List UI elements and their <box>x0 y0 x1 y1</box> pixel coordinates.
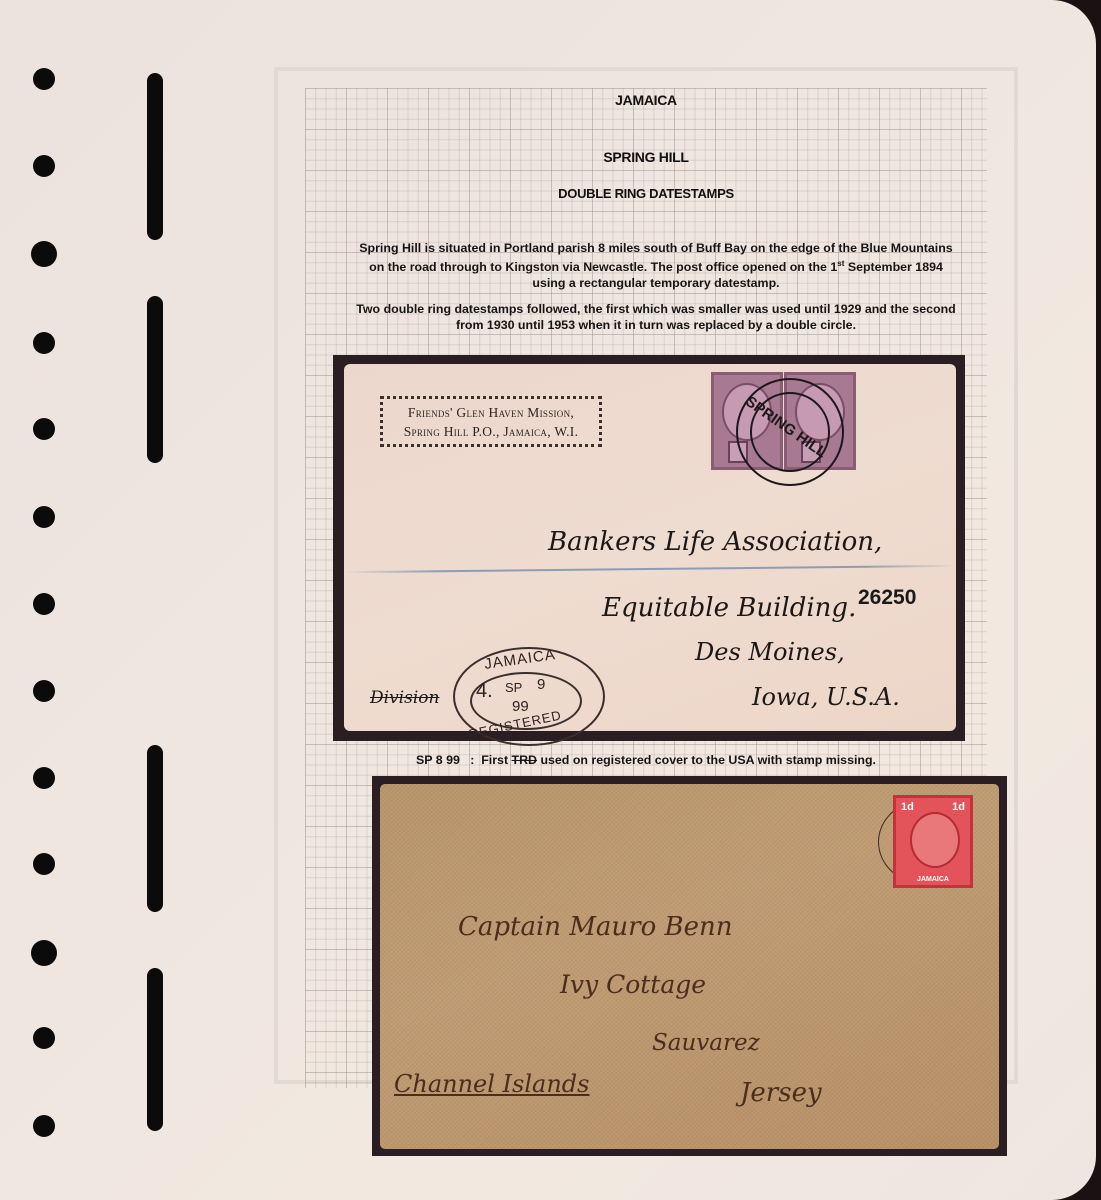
binder-slot <box>147 73 163 240</box>
binder-hole <box>33 1115 55 1137</box>
division-note: Division <box>370 688 439 708</box>
place-heading: SPRING HILL <box>274 149 1018 165</box>
binder-hole <box>33 593 55 615</box>
binder-hole <box>33 1027 55 1049</box>
binder-hole <box>31 241 57 267</box>
binder-hole <box>33 853 55 875</box>
reg-day-code: 4. <box>476 680 493 703</box>
reg-month: SP <box>505 680 522 695</box>
subject-heading: DOUBLE RING DATESTAMPS <box>274 186 1018 201</box>
binder-hole <box>33 418 55 440</box>
history-paragraph: Two double ring datestamps followed, the… <box>330 301 982 333</box>
address-line-3: Des Moines, <box>695 638 845 666</box>
address-line-2: Equitable Building. <box>602 593 856 623</box>
history-line: from 1930 until 1953 when it in turn was… <box>330 317 982 333</box>
binder-slot <box>147 296 163 463</box>
address-line-4: Iowa, U.S.A. <box>752 683 900 711</box>
intro-line: using a rectangular temporary datestamp. <box>330 275 982 291</box>
binder-hole <box>31 940 57 966</box>
intro-line: on the road through to Kingston via Newc… <box>330 256 982 275</box>
binder-slot <box>147 745 163 912</box>
reg-year: 99 <box>512 698 529 715</box>
intro-line: Spring Hill is situated in Portland pari… <box>330 240 982 256</box>
binder-hole <box>33 506 55 528</box>
stamp-red-1d: 1d 1d JAMAICA <box>893 795 973 888</box>
cover2-address-line-4: Channel Islands <box>394 1070 589 1098</box>
cover1-caption: SP 8 99 : First TRD used on registered c… <box>274 753 1018 767</box>
cover2-address-line-2: Ivy Cottage <box>560 970 706 999</box>
binder-hole <box>33 155 55 177</box>
address-line-1: Bankers Life Association, <box>548 527 882 557</box>
binder-hole <box>33 68 55 90</box>
country-heading: JAMAICA <box>274 92 1018 108</box>
binder-hole <box>33 680 55 702</box>
cover2-address-line-5: Jersey <box>740 1078 822 1108</box>
binder-hole <box>33 767 55 789</box>
reg-day: 9 <box>537 676 545 693</box>
cover2-address-line-3: Sauvarez <box>652 1030 760 1056</box>
binder-hole <box>33 332 55 354</box>
intro-paragraph: Spring Hill is situated in Portland pari… <box>330 240 982 291</box>
mission-cachet: Friends' Glen Haven Mission, Spring Hill… <box>380 396 602 447</box>
binder-slot <box>147 968 163 1131</box>
cover2-address-line-1: Captain Mauro Benn <box>458 912 733 942</box>
history-line: Two double ring datestamps followed, the… <box>330 301 982 317</box>
registration-number: 26250 <box>858 586 916 610</box>
struck-text: TRD <box>512 753 537 767</box>
